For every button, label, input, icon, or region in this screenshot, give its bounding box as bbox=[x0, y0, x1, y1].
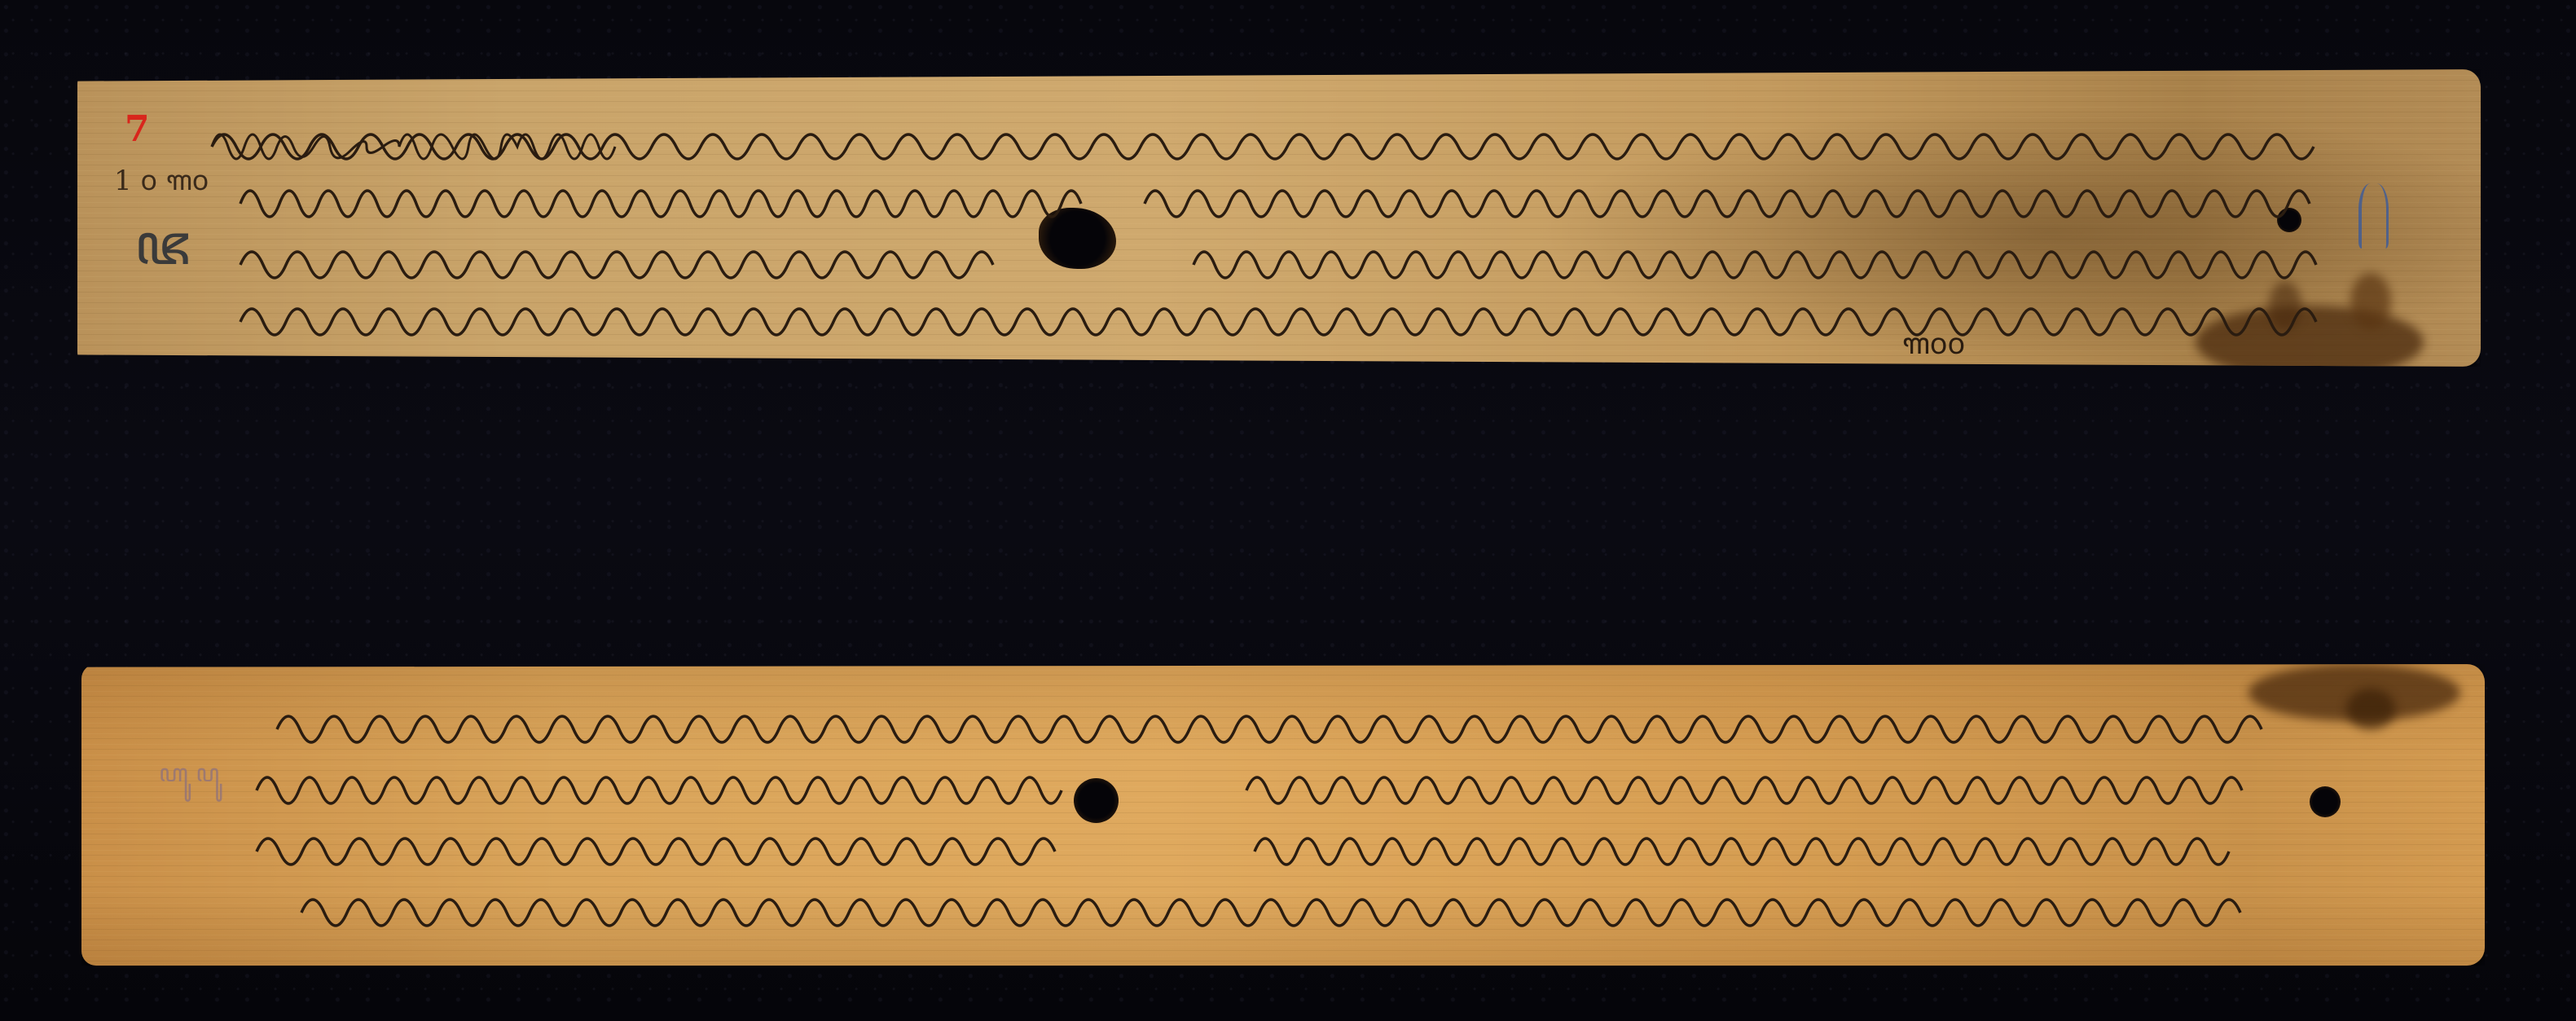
margin-numeral: 1 ꧐ ꧑꧐ bbox=[114, 167, 209, 195]
faint-pencil-margin-note: faint pencil note at left marginꦲꦸ ꦥꦸ bbox=[159, 762, 219, 786]
script-line-3-left bbox=[257, 819, 1071, 876]
script-line-1 bbox=[212, 114, 2330, 171]
script-line-3-left bbox=[240, 232, 1014, 289]
top-palm-leaf: 7 1 ꧐ ꧑꧐ ꦗ ꧑꧐꧐ bbox=[77, 69, 2481, 367]
script-line-4 bbox=[240, 289, 2326, 346]
script-line-2-right bbox=[1145, 171, 2334, 228]
stain-damage bbox=[2346, 689, 2395, 729]
stain-damage bbox=[2350, 273, 2391, 330]
page-number-glyph: ꧑꧐꧐ bbox=[1902, 330, 1965, 359]
script-line-3-right bbox=[1255, 819, 2249, 876]
bottom-palm-leaf: faint pencil note at left marginꦲꦸ ꦥꦸ bbox=[81, 664, 2485, 966]
script-line-2-right bbox=[1246, 758, 2257, 815]
script-line-3-right bbox=[1193, 232, 2334, 289]
margin-scribble: ꦗ bbox=[134, 216, 191, 273]
script-line-2-left bbox=[240, 171, 1096, 228]
script-line-2-left bbox=[257, 758, 1088, 815]
script-line-1 bbox=[277, 697, 2281, 754]
blue-pencil-mark bbox=[2358, 183, 2389, 249]
string-hole-right bbox=[2310, 786, 2341, 817]
red-margin-mark: 7 bbox=[125, 112, 150, 147]
script-line-4 bbox=[301, 880, 2257, 937]
